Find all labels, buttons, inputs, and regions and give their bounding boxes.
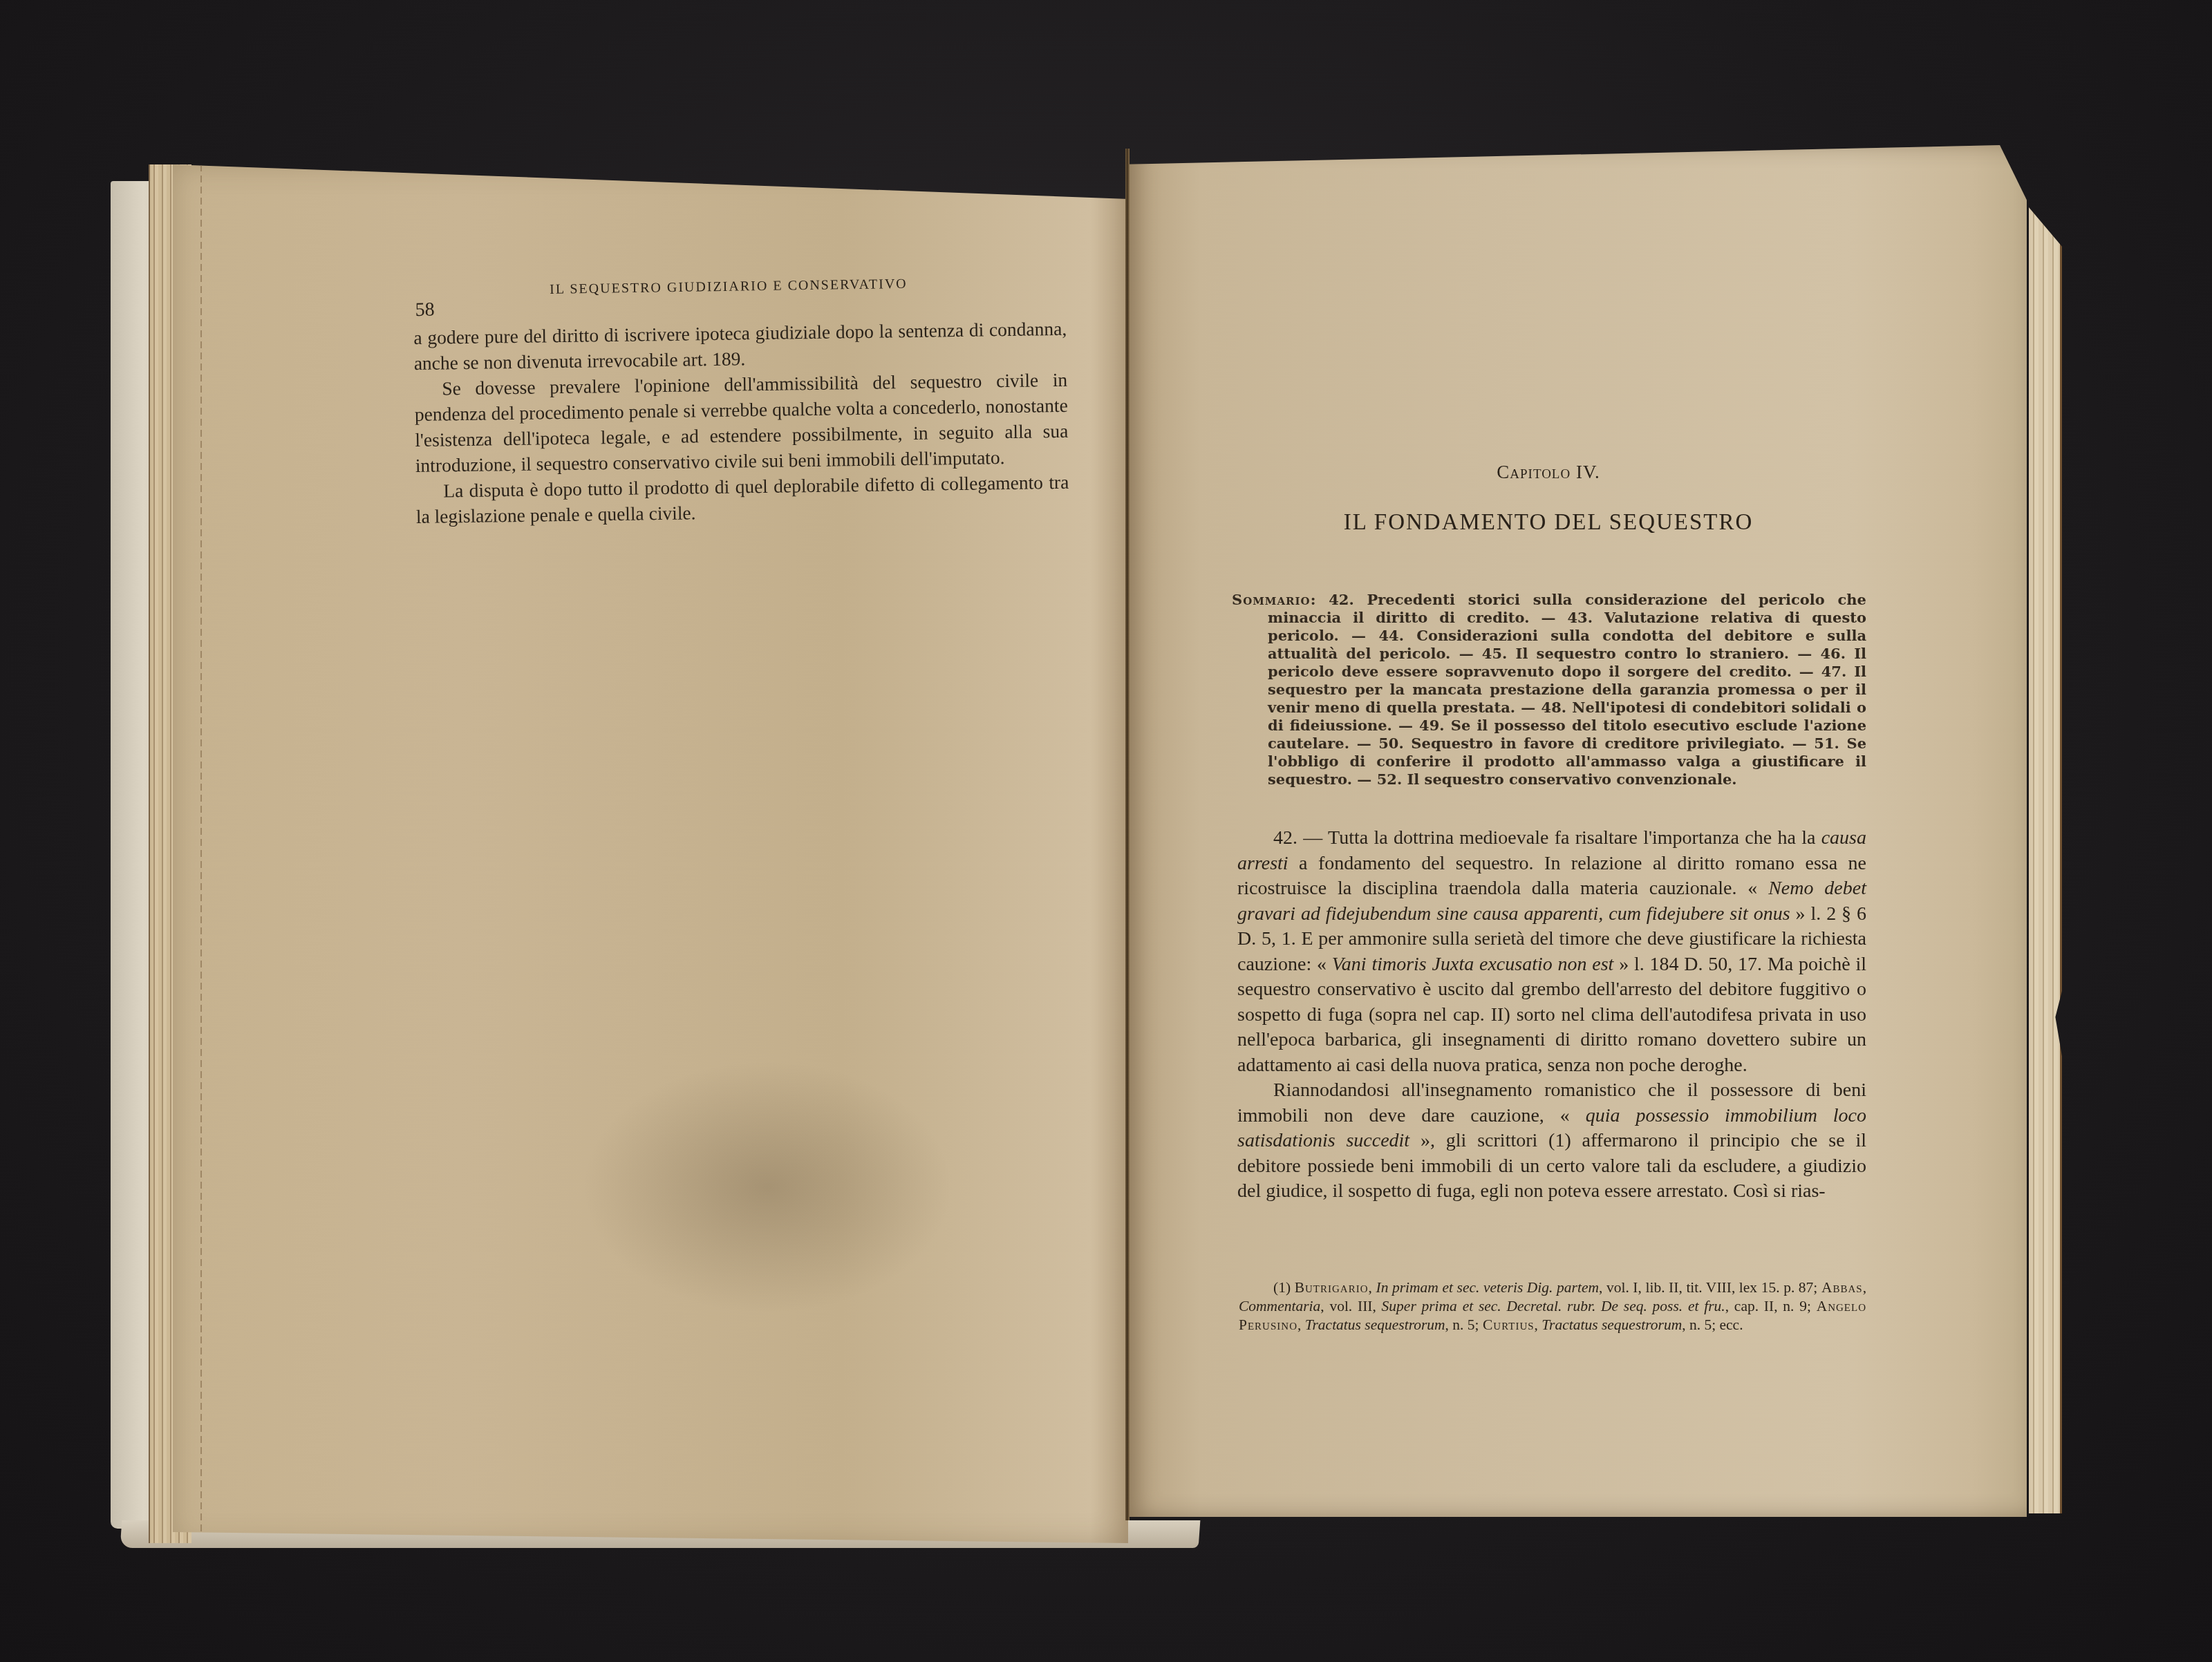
cited-author: Abbas <box>1821 1279 1863 1296</box>
footnote: (1) Butrigario, In primam et sec. veteri… <box>1239 1278 1866 1334</box>
paragraph: a godere pure del diritto di iscrivere i… <box>413 316 1067 376</box>
cited-title: Commentaria <box>1239 1298 1320 1314</box>
chapter-summary: Sommario: 42. Precedenti storici sulla c… <box>1232 591 1866 788</box>
text-run: , vol. I, lib. II, tit. VIII, lex 15. p.… <box>1599 1279 1821 1296</box>
text-run: , <box>1863 1279 1866 1296</box>
summary-label: Sommario <box>1232 591 1311 608</box>
cited-title: In primam et sec. veteris Dig. partem <box>1376 1279 1598 1296</box>
page-fold-line <box>200 164 202 1543</box>
text-run: , <box>1369 1279 1376 1296</box>
cited-author: Curtius <box>1483 1316 1535 1333</box>
cited-title: Tractatus sequestrorum <box>1541 1316 1682 1333</box>
text-run: , <box>1297 1316 1305 1333</box>
left-page-body: a godere pure del diritto di iscrivere i… <box>413 316 1069 529</box>
paragraph: Riannodandosi all'insegnamento romanisti… <box>1237 1078 1866 1205</box>
right-page-stack-edge <box>2029 207 2062 1513</box>
text-run: , cap. II, n. 9; <box>1725 1298 1817 1314</box>
summary-text: 42. Precedenti storici sulla considerazi… <box>1268 591 1866 788</box>
page-number: 58 <box>415 299 434 321</box>
paragraph: 42. — Tutta la dottrina medioevale fa ri… <box>1237 826 1866 1078</box>
paragraph: La disputa è dopo tutto il prodotto di q… <box>415 469 1069 529</box>
chapter-label: Capitolo IV. <box>1224 462 1873 483</box>
text-run: , n. 5; <box>1445 1316 1483 1333</box>
text-run: 42. — Tutta la dottrina medioevale fa ri… <box>1273 827 1821 849</box>
right-page-body: 42. — Tutta la dottrina medioevale fa ri… <box>1237 826 1866 1205</box>
text-run: , n. 5; ecc. <box>1682 1316 1743 1333</box>
footnote-marker: (1) <box>1273 1279 1295 1296</box>
paragraph: Se dovesse prevalere l'opinione dell'amm… <box>414 367 1069 478</box>
cited-author: Butrigario <box>1295 1279 1369 1296</box>
latin-quote: Vani timoris Juxta excusatio non est <box>1332 954 1614 975</box>
chapter-title: IL FONDAMENTO DEL SEQUESTRO <box>1224 510 1873 536</box>
summary-separator: : <box>1311 591 1329 608</box>
book-spine-gutter <box>1125 149 1130 1520</box>
footnote-text: (1) Butrigario, In primam et sec. veteri… <box>1239 1278 1866 1334</box>
cited-title: Super prima et sec. Decretal. rubr. De s… <box>1382 1298 1725 1314</box>
text-run: , <box>1535 1316 1542 1333</box>
cited-title: Tractatus sequestrorum <box>1305 1316 1445 1333</box>
text-run: , vol. III, <box>1320 1298 1381 1314</box>
